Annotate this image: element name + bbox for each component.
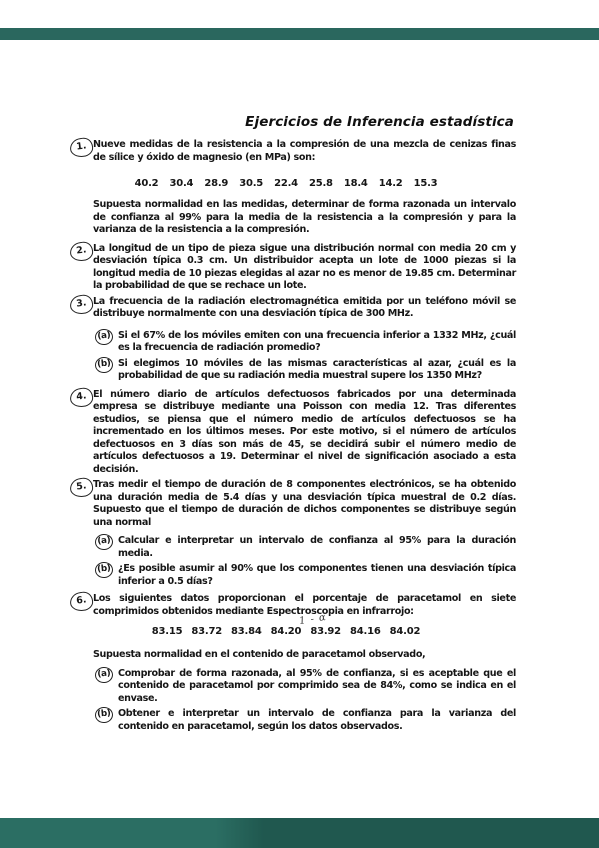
problem-6-subitem-b-text: Obtener e interpretar un intervalo de co… <box>118 708 516 732</box>
problem-5: 5. Tras medir el tiempo de duración de 8… <box>70 479 516 529</box>
problem-5-subitem-b: (b) ¿Es posible asumir al 90% que los co… <box>70 563 516 588</box>
data-value: 18.4 <box>344 178 368 190</box>
data-value: 83.72 <box>191 626 222 638</box>
problem-6-subitem-a: (a) Comprobar de forma razonada, al 95% … <box>70 668 516 706</box>
data-value: 83.15 <box>152 626 183 638</box>
problem-6-data-values: 83.15 83.72 83.84 84.20 83.92 84.16 84.0… <box>70 626 516 638</box>
problem-6-number-badge: 6. <box>69 591 94 613</box>
problem-5-subitem-b-text: ¿Es posible asumir al 90% que los compon… <box>118 563 516 587</box>
page-title: Ejercicios de Inferencia estadística <box>70 114 516 130</box>
problem-3: 3. La frecuencia de la radiación electro… <box>70 296 516 321</box>
data-value: 15.3 <box>414 178 438 190</box>
problem-3-subitem-a: (a) Si el 67% de los móviles emiten con … <box>70 330 516 355</box>
problem-3-number-badge: 3. <box>69 293 94 315</box>
data-value: 84.02 <box>390 626 421 638</box>
subitem-b-label-badge: (b) <box>94 561 113 579</box>
problem-3-subitem-b-text: Si elegimos 10 móviles de las mismas car… <box>118 358 516 382</box>
problem-5-text: Tras medir el tiempo de duración de 8 co… <box>93 479 516 528</box>
problem-1-data-values: 40.2 30.4 28.9 30.5 22.4 25.8 18.4 14.2 … <box>70 178 516 190</box>
problem-2: 2. La longitud de un tipo de pieza sigue… <box>70 243 516 293</box>
problem-5-subitem-a: (a) Calcular e interpretar un intervalo … <box>70 535 516 560</box>
problem-5-number-badge: 5. <box>69 477 94 499</box>
subitem-b-label-badge: (b) <box>94 356 113 374</box>
scan-artifact-bar-bottom <box>0 818 599 848</box>
subitem-b-label-badge: (b) <box>94 706 113 724</box>
problem-4-text: El número diario de artículos defectuoso… <box>93 389 516 475</box>
subitem-a-label-badge: (a) <box>94 666 113 684</box>
document-page: Ejercicios de Inferencia estadística 1. … <box>70 0 516 733</box>
problem-6-text: Los siguientes datos proporcionan el por… <box>93 593 516 617</box>
subitem-a-label-badge: (a) <box>94 328 113 346</box>
data-value: 84.20 <box>271 626 302 638</box>
problem-4: 4. El número diario de artículos defectu… <box>70 389 516 477</box>
data-value: 30.4 <box>169 178 193 190</box>
problem-2-number-badge: 2. <box>69 240 94 262</box>
data-value: 84.16 <box>350 626 381 638</box>
data-value: 25.8 <box>309 178 333 190</box>
problem-6-subitem-b: (b) Obtener e interpretar un intervalo d… <box>70 708 516 733</box>
problem-6: 6. Los siguientes datos proporcionan el … <box>70 593 516 618</box>
problem-1-number-badge: 1. <box>69 137 94 159</box>
data-value: 83.92 <box>310 626 341 638</box>
data-value: 30.5 <box>239 178 263 190</box>
data-value: 28.9 <box>204 178 228 190</box>
problem-3-text: La frecuencia de la radiación electromag… <box>93 296 516 320</box>
problem-3-subitem-b: (b) Si elegimos 10 móviles de las mismas… <box>70 358 516 383</box>
data-value: 14.2 <box>379 178 403 190</box>
data-value: 22.4 <box>274 178 298 190</box>
subitem-a-label-badge: (a) <box>94 533 113 551</box>
problem-5-subitem-a-text: Calcular e interpretar un intervalo de c… <box>118 535 516 559</box>
problem-1: 1. Nueve medidas de la resistencia a la … <box>70 139 516 164</box>
data-value: 40.2 <box>135 178 159 190</box>
data-value: 83.84 <box>231 626 262 638</box>
problem-6-followup: Supuesta normalidad en el contenido de p… <box>70 649 516 662</box>
problem-1-followup: Supuesta normalidad en las medidas, dete… <box>70 199 516 237</box>
problem-1-text: Nueve medidas de la resistencia a la com… <box>93 139 516 163</box>
problem-2-text: La longitud de un tipo de pieza sigue un… <box>93 243 516 292</box>
problem-6-subitem-a-text: Comprobar de forma razonada, al 95% de c… <box>118 668 516 704</box>
problem-3-subitem-a-text: Si el 67% de los móviles emiten con una … <box>118 330 516 354</box>
problem-4-number-badge: 4. <box>69 386 94 408</box>
